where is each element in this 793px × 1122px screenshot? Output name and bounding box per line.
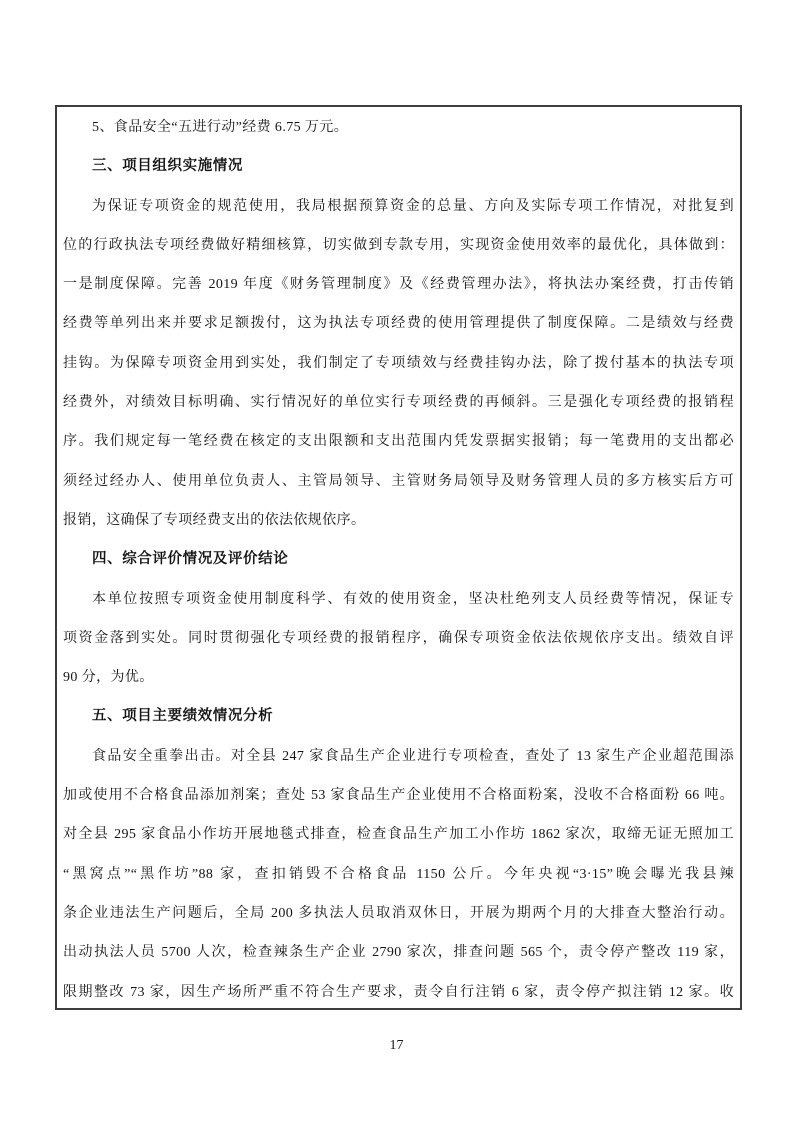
text-line: 限期整改 73 家，因生产场所严重不符合生产要求，责令自行注销 6 家，责令停产… (63, 973, 734, 1010)
report-table-cell: 5、食品安全“五进行动”经费 6.75 万元。三、项目组织实施情况为保证专项资金… (55, 105, 742, 1010)
document-page: 5、食品安全“五进行动”经费 6.75 万元。三、项目组织实施情况为保证专项资金… (0, 0, 793, 1122)
text-line: 位的行政执法专项经费做好精细核算，切实做到专款专用，实现资金使用效率的最优化，具… (63, 226, 734, 265)
text-line: 须经过经办人、使用单位负责人、主管局领导、主管财务局领导及财务管理人员的多方核实… (63, 462, 734, 501)
section-heading: 四、综合评价情况及评价结论 (63, 540, 734, 579)
page-number: 17 (0, 1038, 793, 1054)
text-line: 出动执法人员 5700 人次，检查辣条生产企业 2790 家次，排查问题 565… (63, 933, 734, 972)
text-line: “黑窝点”“黑作坊”88 家，查扣销毁不合格食品 1150 公斤。今年央视“3·… (63, 855, 734, 894)
text-line: 加或使用不合格食品添加剂案；查处 53 家食品生产企业使用不合格面粉案，没收不合… (63, 776, 734, 815)
text-line: 5、食品安全“五进行动”经费 6.75 万元。 (63, 108, 734, 147)
text-line: 为保证专项资金的规范使用，我局根据预算资金的总量、方向及实际专项工作情况，对批复… (63, 187, 734, 226)
text-line: 序。我们规定每一笔经费在核定的支出限额和支出范围内凭发票据实报销；每一笔费用的支… (63, 422, 734, 461)
text-line: 食品安全重拳出击。对全县 247 家食品生产企业进行专项检查，查处了 13 家生… (63, 737, 734, 776)
text-line: 本单位按照专项资金使用制度科学、有效的使用资金，坚决杜绝列支人员经费等情况，保证… (63, 580, 734, 619)
text-line: 90 分，为优。 (63, 658, 734, 697)
text-line: 挂钩。为保障专项资金用到实处，我们制定了专项绩效与经费挂钩办法，除了拨付基本的执… (63, 344, 734, 383)
text-line: 条企业违法生产问题后，全局 200 多执法人员取消双休日，开展为期两个月的大排查… (63, 894, 734, 933)
text-line: 经费外，对绩效目标明确、实行情况好的单位实行专项经费的再倾斜。三是强化专项经费的… (63, 383, 734, 422)
text-line: 报销，这确保了专项经费支出的依法依规依序。 (63, 501, 734, 540)
text-line: 项资金落到实处。同时贯彻强化专项经费的报销程序，确保专项资金依法依规依序支出。绩… (63, 619, 734, 658)
text-line: 经费等单列出来并要求足额拨付，这为执法专项经费的使用管理提供了制度保障。二是绩效… (63, 304, 734, 343)
text-line: 对全县 295 家食品小作坊开展地毯式排查，检查食品生产加工小作坊 1862 家… (63, 815, 734, 854)
section-heading: 三、项目组织实施情况 (63, 147, 734, 186)
text-line: 一是制度保障。完善 2019 年度《财务管理制度》及《经费管理办法》，将执法办案… (63, 265, 734, 304)
section-heading: 五、项目主要绩效情况分析 (63, 697, 734, 736)
